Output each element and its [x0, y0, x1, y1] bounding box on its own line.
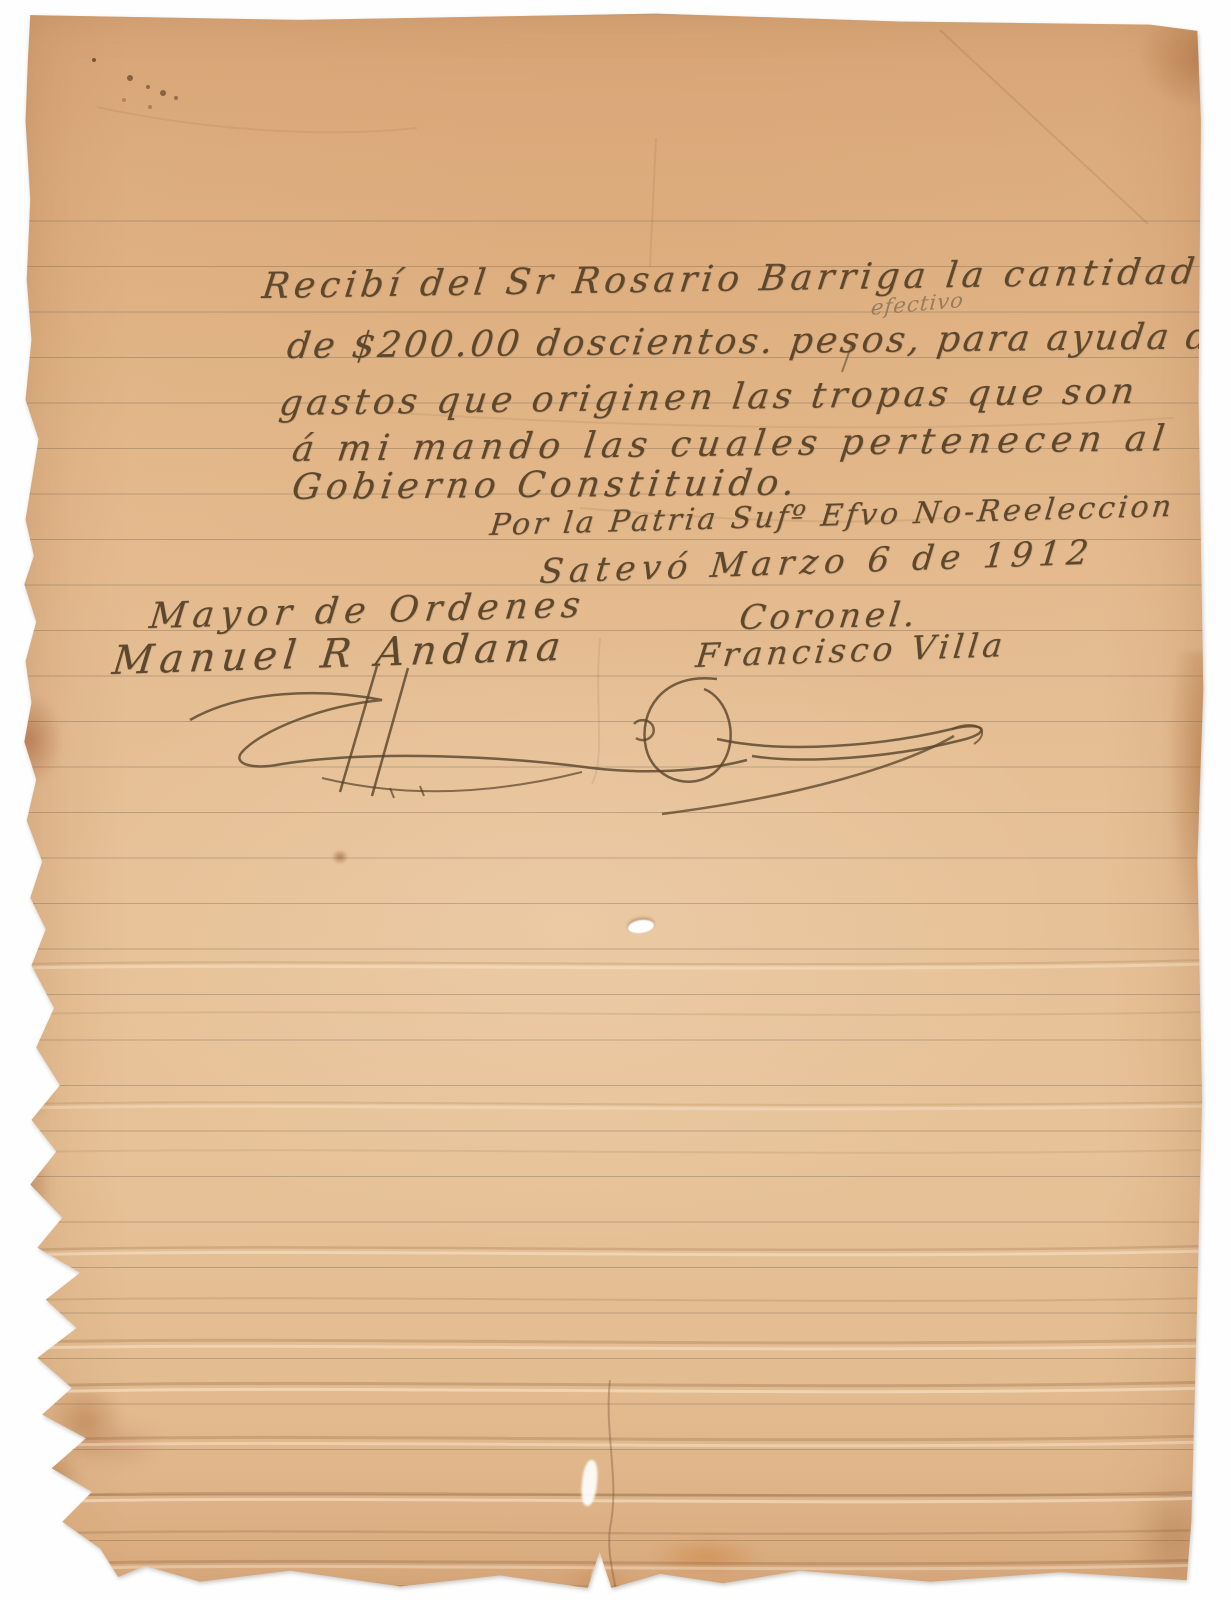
paper-shading-bottom: [22, 12, 1208, 1588]
stain-top-right: [1138, 14, 1226, 110]
handwriting-line-2: de $200.00 doscientos. pesos, para ayuda…: [285, 316, 1231, 367]
stain-bottom-center-2: [562, 1564, 632, 1590]
stain-left-edge-red: [10, 694, 62, 786]
stain-bottom-left-2: [22, 1442, 82, 1516]
stain-left-lower-1: [14, 1058, 56, 1120]
paper-shading-edges: [22, 12, 1208, 1588]
stain-bottom-center-1: [652, 1536, 762, 1576]
scan-background: Recibí del Sr Rosario Barriga la cantida…: [0, 0, 1231, 1600]
stain-bottom-left-pink: [72, 1420, 164, 1470]
paper-tear-gap: [580, 1459, 600, 1506]
paper: Recibí del Sr Rosario Barriga la cantida…: [22, 12, 1208, 1588]
stain-bottom-right: [1130, 1482, 1200, 1592]
paper-hole: [627, 918, 655, 934]
crease-overlay: [22, 12, 1208, 1588]
ink-speckles: [92, 58, 96, 62]
stain-left-lower-2: [16, 1148, 52, 1228]
paper-shading-top: [22, 12, 1208, 1588]
right-signature-flourish: [622, 644, 1022, 824]
stain-right-edge: [1168, 652, 1226, 952]
paper-tear-gap-bottom: [591, 1568, 605, 1593]
handwriting-line-3: gastos que originen las tropas que son: [277, 371, 1141, 424]
handwriting-line-1: Recibí del Sr Rosario Barriga la cantida…: [260, 251, 1201, 307]
stain-bottom-left-1: [48, 1382, 122, 1462]
date-line: Satevó Marzo 6 de 1912: [538, 533, 1097, 592]
paper-shadow-wrap: Recibí del Sr Rosario Barriga la cantida…: [0, 0, 1231, 1600]
paper-shading-center: [22, 12, 1208, 1588]
left-signature-flourish: [172, 660, 772, 805]
stain-small-dot: [332, 850, 348, 864]
